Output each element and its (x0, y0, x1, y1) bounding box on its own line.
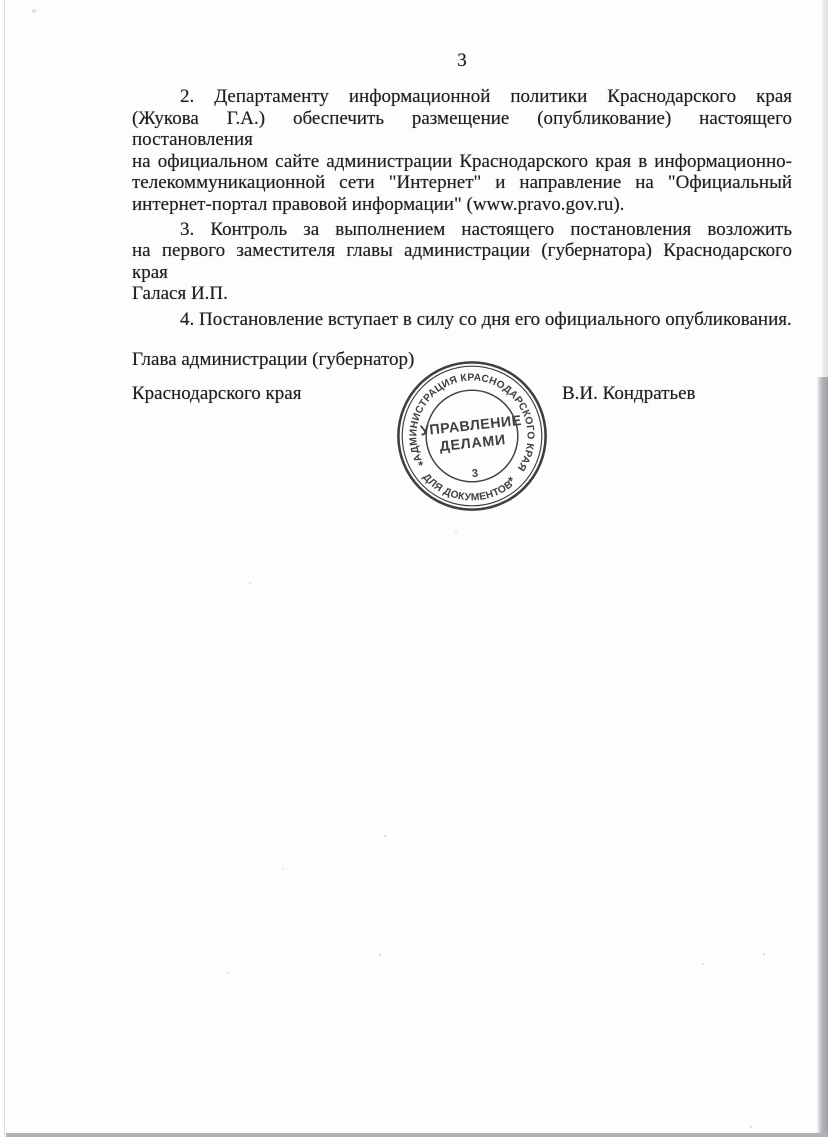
scan-edge-right-bottom (817, 377, 828, 1137)
stamp-bottom-text: ДЛЯ ДОКУМЕНТОВ (419, 471, 516, 507)
document-line: Галася И.П. (132, 283, 792, 305)
document-line: интернет-портал правовой информации" (ww… (132, 194, 792, 216)
document-line: на первого заместителя главы администрац… (132, 240, 792, 283)
stamp-seal-graphic: АДМИНИСТРАЦИЯ КРАСНОДАРСКОГО КРАЯ ДЛЯ ДО… (394, 358, 550, 514)
document-line: 3. Контроль за выполнением настоящего по… (132, 219, 792, 241)
document-page: 3 2. Департаменту информационной политик… (0, 0, 828, 1137)
official-stamp: АДМИНИСТРАЦИЯ КРАСНОДАРСКОГО КРАЯ ДЛЯ ДО… (394, 358, 550, 514)
stamp-number: 3 (471, 468, 478, 481)
document-body: 2. Департаменту информационной политики … (132, 86, 792, 331)
paragraph-2: 2. Департаменту информационной политики … (132, 86, 792, 216)
scan-noise (0, 0, 2, 2)
stamp-star-left-icon: * (417, 459, 423, 473)
signer-name: В.И. Кондратьев (562, 382, 696, 405)
document-line: (Жукова Г.А.) обеспечить размещение (опу… (132, 108, 792, 151)
document-line: на официальном сайте администрации Красн… (132, 151, 792, 173)
document-line: 2. Департаменту информационной политики … (132, 86, 792, 108)
page-number: 3 (132, 50, 792, 71)
document-line: телекоммуникационной сети "Интернет" и н… (132, 172, 792, 194)
scan-edge-left (4, 0, 5, 1137)
scan-edge-bottom (6, 1133, 828, 1137)
document-line: 4. Постановление вступает в силу со дня … (132, 309, 792, 331)
scan-edge-right-top (822, 0, 828, 377)
paragraph-3: 3. Контроль за выполнением настоящего по… (132, 219, 792, 305)
paragraph-4: 4. Постановление вступает в силу со дня … (132, 309, 792, 331)
